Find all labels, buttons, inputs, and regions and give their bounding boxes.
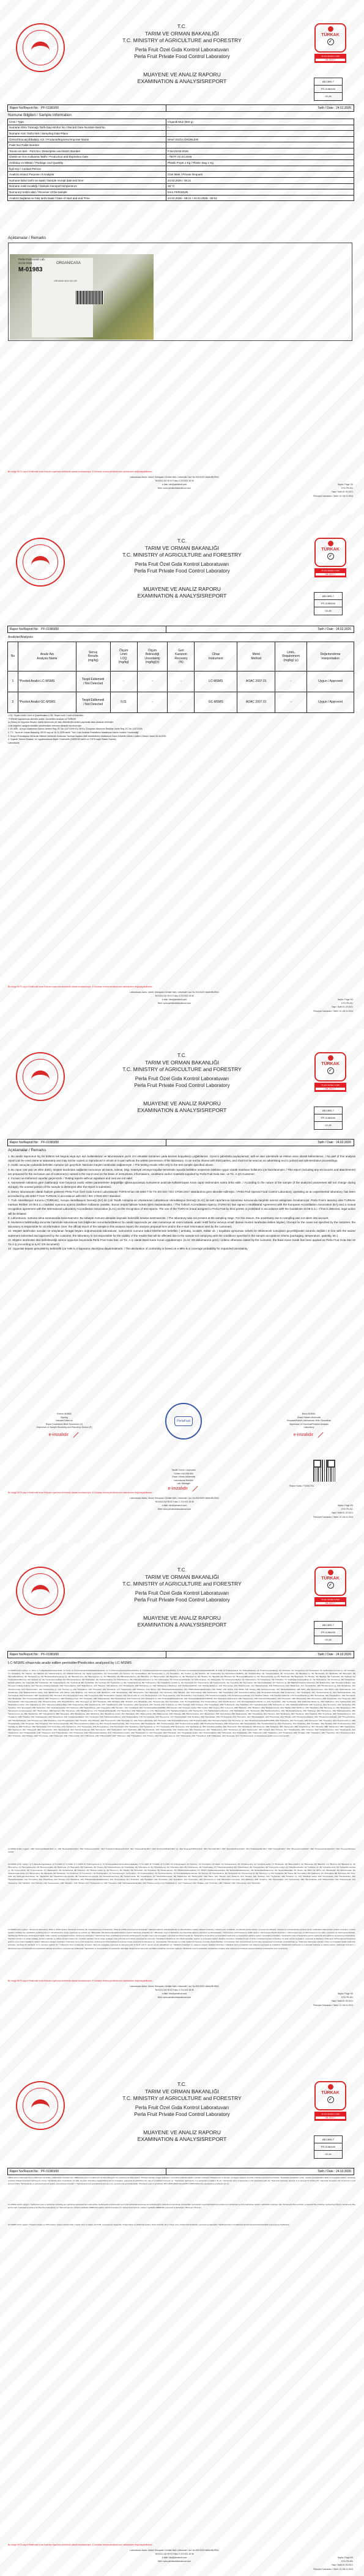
table-cell: 0,01	[110, 692, 137, 713]
table-cell: 2	[8, 692, 18, 713]
remark-item: 10. Müşteri tarafından sunulan ve onayla…	[8, 1229, 355, 1237]
pesticides-lcmsms-0001: LC-MSMS (0,001) mg/kg=> 448) *Avermectin…	[8, 1848, 355, 1854]
field-label: Cinsi / Type	[8, 119, 166, 125]
residue-definitions-lc0001: LC-MSMS (0,001) mg/kg=> *Carbofuran (sum…	[8, 2203, 355, 2209]
field-value: P.No:23.02.2026	[166, 148, 354, 154]
report-title-tr: MUAYENE VE ANALİZ RAPORU	[92, 71, 272, 78]
analyses-table: NoAnaliz Adı Analysis NameSonuç Results …	[7, 642, 354, 713]
barcode	[76, 291, 103, 304]
sample-info-table: Cinsi / TypeOrganik Muz (600 g)Numune Al…	[7, 119, 354, 201]
field-label: Numune kabul tarihi ve saati / Sample re…	[8, 177, 166, 183]
table-cell: *Pestisit Analizi GC-MSMS	[18, 692, 76, 713]
table-row: Üretim ve Son Kullanma Tarihi / Producti…	[8, 154, 354, 160]
ministry-tr: TARIM VE ORMAN BAKANLIĞI	[92, 31, 272, 38]
table-cell: AOAC 2007.01	[237, 692, 275, 713]
remark-item: 9. Musterinin belirtmedigi durumlar hari…	[8, 1220, 355, 1229]
column-header: Değerlendirme Interpretation	[307, 642, 354, 671]
page-footer: Bu belge 5070 sayılı Elektronik İmza Kan…	[0, 1491, 364, 1528]
column-header: Cihaz Instrument	[195, 642, 237, 671]
remark-item: 1. Bu analiz raporunun hiç bir bölümü te…	[8, 1154, 355, 1163]
remark-item: 7. Türk Akreditasyon Kurumu (TÜRKAK), Av…	[8, 1198, 355, 1216]
table-cell: AOAC 2007.01	[237, 671, 275, 692]
table-cell: Uygun / Approved	[307, 692, 354, 713]
table-row: Cinsi / TypeOrganik Muz (600 g)	[8, 119, 354, 125]
table-row: İlgili Kişi / Contact Person-	[8, 166, 354, 172]
field-label: Üretici/İhracatçı/İthalatçı Adı / Produc…	[8, 136, 166, 142]
field-value: - TETT: 02.03.2026	[166, 154, 354, 160]
check-icon: ✓	[327, 38, 334, 45]
table-cell: -	[275, 671, 307, 692]
field-label: Numune nakil sıcaklığı / Sample transpor…	[8, 183, 166, 189]
field-value: -	[166, 166, 354, 172]
e-signed-badge: e-imzalıdır	[141, 1487, 226, 1491]
report-header: T.C.TARIM VE ORMAN BAKANLIĞIT.C. MINISTR…	[0, 2058, 364, 2159]
table-cell: LC-MSMS	[195, 671, 237, 692]
page-footer: Bu belge 5070 sayılı Elektronik İmza Kan…	[0, 470, 364, 507]
check-icon: ✓	[327, 2096, 334, 2103]
sample-info-title: Numune Bilgileri / Sample Information	[8, 113, 72, 117]
table-cell: 1	[8, 671, 18, 692]
pen-icon	[73, 1432, 79, 1438]
tc-label: T.C.	[92, 23, 272, 31]
remark-item: 5. Numunenin tabiatına göre (saklandığı …	[8, 1180, 355, 1189]
remark-item: 2. Analiz sonuçları yukarıda belirtilen …	[8, 1163, 355, 1167]
table-row: Ambalajı ve Miktarı / Package and Quanti…	[8, 160, 354, 166]
field-label: Numuneyi teslim alan / Receiver of the s…	[8, 189, 166, 196]
report-number-bar: Rapor No/Report No: PF-01983/00 Tarih / …	[7, 2168, 354, 2175]
field-label: Tanımı ve Seri - Parti No / Description …	[8, 148, 166, 154]
pesticides-title: LC-MSMS cihazında analiz edilen pestisit…	[8, 1661, 132, 1665]
pesticides-gcmsms: GC-MSMS (0,01) mg/kg=> 1) *1,4Dimethylna…	[8, 1863, 355, 1885]
remark-item: 4. İmzasız ve mühürsüz raporlar geçersiz…	[8, 1176, 355, 1180]
column-header: Geri Kazanım Recovery (%)	[168, 642, 195, 671]
remark-item: 8. Laboratuvar, numune alma asamasında b…	[8, 1216, 355, 1220]
table-cell: Uygun / Approved	[307, 671, 354, 692]
ministry-en: T.C. MINISTRY of AGRICULTURE and FORESTR…	[92, 37, 272, 45]
qr-code[interactable]	[313, 1460, 335, 1482]
field-value: -	[166, 131, 354, 137]
page-footer: Bu belge 5070 sayılı Elektronik İmza Kan…	[0, 2544, 364, 2576]
ministry-seal-logo	[16, 1567, 65, 1615]
field-value: 24.02.2026 - 08:21 / 24.02.2026 - 09:52	[166, 195, 354, 201]
table-cell: Tespit Edilemedi / Not Detected	[76, 671, 110, 692]
table-cell: *Pestisit Analizi LC-MSMS	[18, 671, 76, 692]
lab-name-tr: Perla Fruit Özel Gıda Kontrol Laboratuva…	[92, 46, 272, 53]
report-number-bar: Rapor No/Report No: PF-01983/00 Tarih / …	[7, 626, 354, 633]
analyses-title: Analizler/Analyses	[8, 635, 33, 639]
remark-item: 6. Deney laboratuvarı olarak faaliyet gö…	[8, 1190, 355, 1198]
pen-icon	[318, 1432, 324, 1438]
field-label: Palet No/ Pallet Number	[8, 142, 166, 148]
table-row: Üretici/İhracatçı/İthalatçı Adı / Produc…	[8, 136, 354, 142]
report-title-en: EXAMINATION & ANALYSISREPORT	[92, 78, 272, 86]
ministry-seal-logo	[16, 1052, 65, 1101]
field-label: Analizin Amacı/ Purpose of Analysis	[8, 172, 166, 178]
table-row: Numune Alım Tarihi-Yeri / Sampling Date-…	[8, 131, 354, 137]
document-codes: AB-1694-TPF-01983/0002-26	[314, 1621, 343, 1644]
note-line: Laboratuvar	[8, 742, 357, 745]
table-row: Numune Alma Tutanağı Tarih-Sayı-Mühür No…	[8, 125, 354, 131]
analyses-notes: LOQ: Ölçüm Limiti / Limit of Quantificat…	[8, 714, 357, 745]
signature-left: Ecenur AKBAŞ Biyolog Numune Kabul ve Rap…	[18, 1413, 110, 1437]
remarks-list: 1. Bu analiz raporunun hiç bir bölümü te…	[8, 1154, 355, 1251]
field-value: Organik Muz (600 g)	[166, 119, 354, 125]
report-header: T.C.TARIM VE ORMAN BAKANLIĞIT.C. MINISTR…	[0, 514, 364, 615]
table-row: Analizin Amacı/ Purpose of AnalysisÖzel …	[8, 172, 354, 178]
field-label: Ambalajı ve Miktarı / Package and Quanti…	[8, 160, 166, 166]
remark-item: 12. Uygunluk beyanı genişletilmiş belirs…	[8, 1246, 355, 1251]
header-titles: T.C. TARIM VE ORMAN BAKANLIĞI T.C. MINIS…	[92, 23, 272, 85]
page-3: T.C.TARIM VE ORMAN BAKANLIĞIT.C. MINISTR…	[0, 1029, 364, 1543]
residue-definitions-cont: *Milbemectin (milbemycin A4 ve milbemyci…	[8, 2176, 355, 2186]
pesticides-lcmsms-001: LC-MSMS (0,01) mg/kg=> 1) 1NAA, 2) *1-Na…	[8, 1669, 355, 1738]
table-row: 1*Pestisit Analizi LC-MSMSTespit Edileme…	[8, 671, 354, 692]
field-label: Üretim ve Son Kullanma Tarihi / Producti…	[8, 154, 166, 160]
turkak-logo: TÜRKAK✓ TS EN ISO/IEC 17025AB-1694-T	[314, 538, 347, 577]
company-stamp: PerlaFruit	[165, 1403, 202, 1440]
turkak-logo: TÜRKAK✓ TS EN ISO/IEC 17025AB-1694-T	[314, 1052, 347, 1092]
turkak-logo: TÜRKAK✓ TS EN ISO/IEC 17025AB-1694-T	[314, 2081, 347, 2121]
report-header: T.C.TARIM VE ORMAN BAKANLIĞIT.C. MINISTR…	[0, 1029, 364, 1130]
field-value: 18 °C	[166, 183, 354, 189]
document-codes: AB-1694-TPF-01983/0002-26	[314, 592, 343, 615]
remarks-box: ORGANİCASA ORGANİK MUZ 600 GR. Perla Fru…	[8, 243, 352, 341]
check-icon: ✓	[327, 1582, 334, 1589]
column-header: Ölçüm Belirsizliği Uncertainty (mg/kg)(±…	[137, 642, 168, 671]
report-number-bar: Rapor No/Report No: PF-01983/00 Tarih / …	[7, 1139, 354, 1146]
signature-right: Burcu DÜMÜL Ziraat Yüksek Mühendisi Kimy…	[263, 1413, 355, 1437]
column-header: No	[8, 642, 18, 671]
page-4: T.C.TARIM VE ORMAN BAKANLIĞIT.C. MINISTR…	[0, 1543, 364, 2058]
table-cell: -	[275, 692, 307, 713]
report-number-bar: Rapor No/Report No: PF-01983/00 Tarih / …	[7, 104, 354, 112]
report-number-bar: Rapor No/Report No: PF-01983/00 Tarih / …	[7, 1651, 354, 1658]
remarks-list-title: Açıklamalar / Remarks	[8, 1148, 46, 1152]
e-signed-badge: e-imzalıdır	[263, 1433, 355, 1437]
table-cell: -	[137, 671, 168, 692]
page-1: T.C. TARIM VE ORMAN BAKANLIĞI T.C. MINIS…	[0, 0, 364, 514]
document-codes: AB-1694-TPF-01983/0002-26	[314, 1107, 343, 1130]
table-cell: Tespit Edilemedi / Not Detected	[76, 692, 110, 713]
lab-name-en: Perla Fruit Private Food Control Laborat…	[92, 53, 272, 60]
document-codes: AB-1694-TPF-01983/0002-26	[314, 78, 343, 101]
column-header: Ölçüm Limiti LOQ (mg/kg)	[110, 642, 137, 671]
column-header: Metot Method	[237, 642, 275, 671]
field-value: MAKİ DOĞA ÜRÜNLERİ	[166, 136, 354, 142]
sample-photo: ORGANİCASA ORGANİK MUZ 600 GR. Perla Fru…	[10, 254, 154, 340]
column-header: Limit₄ Requirement (mg/kg) (≤)	[275, 642, 307, 671]
check-icon: ✓	[327, 1067, 334, 1074]
ministry-seal-logo	[16, 2081, 65, 2130]
field-value: 24.02.2026 / 08:21	[166, 177, 354, 183]
e-signed-badge: e-imzalıdır	[18, 1433, 110, 1437]
table-row: Tanımı ve Seri - Parti No / Description …	[8, 148, 354, 154]
ministry-seal-logo	[16, 538, 65, 587]
field-label: İlgili Kişi / Contact Person	[8, 166, 166, 172]
table-row: 2*Pestisit Analizi GC-MSMSTespit Edileme…	[8, 692, 354, 713]
check-icon: ✓	[327, 553, 334, 560]
ministry-seal-logo	[16, 23, 65, 72]
pen-icon	[193, 1486, 198, 1491]
field-label: Numune Alım Tarihi-Yeri / Sampling Date-…	[8, 131, 166, 137]
turkak-logo: TÜRKAK✓ TS EN ISO/IEC 17025AB-1694-T	[314, 1567, 347, 1606]
field-value: Plastik Poşet 1 Kg / Plastic Bag 1 Kg	[166, 160, 354, 166]
table-cell: -	[168, 671, 195, 692]
remark-item: 11. Müşteri tarafından aksi belirtilmedi…	[8, 1238, 355, 1246]
report-header: T.C. TARIM VE ORMAN BAKANLIĞI T.C. MINIS…	[0, 0, 364, 101]
turkak-logo: TÜRKAK✓ TS EN ISO/IEC 17025AB-1694-T	[314, 23, 347, 63]
table-row: Palet No/ Pallet Number-	[8, 142, 354, 148]
table-cell: GC-MSMS	[195, 692, 237, 713]
residue-definitions-gc: GC-MSMS (0,01) mg/kg=> *Captan (Captan v…	[8, 2223, 355, 2227]
residue-definitions: LC-MSMS (0,01) mg/kg=> *Flonicamid (flon…	[8, 1928, 355, 1950]
remark-item: 3. Bu rapor (üst yazı ve ekler dahil), m…	[8, 1168, 355, 1176]
field-label: Analizin başlama ve bitiş tarihi-Saati /…	[8, 195, 166, 201]
report-header: T.C.TARIM VE ORMAN BAKANLIĞIT.C. MINISTR…	[0, 1543, 364, 1644]
table-row: Numune kabul tarihi ve saati / Sample re…	[8, 177, 354, 183]
remarks-title: Açıklamalar / Remarks	[8, 236, 46, 240]
table-row: Numuneyi teslim alan / Receiver of the s…	[8, 189, 354, 196]
field-value: Özel İstek / Private Request	[166, 172, 354, 178]
page-2: T.C.TARIM VE ORMAN BAKANLIĞIT.C. MINISTR…	[0, 514, 364, 1029]
table-row: Analizin başlama ve bitiş tarihi-Saati /…	[8, 195, 354, 201]
signature-center: Tasdik Olunur / Approved Gülden HAZARHUN…	[141, 1469, 226, 1491]
report-code: Rapor Kodu: FD161701	[289, 1485, 314, 1487]
table-cell: -	[137, 692, 168, 713]
field-value: -	[166, 142, 354, 148]
column-header: Sonuç Results (mg/kg)	[76, 642, 110, 671]
table-row: Numune nakil sıcaklığı / Sample transpor…	[8, 183, 354, 189]
page-footer: Bu belge 5070 sayılı Elektronik İmza Kan…	[0, 986, 364, 1022]
table-cell: -	[168, 692, 195, 713]
field-value: / -	[166, 125, 354, 131]
page-5: T.C.TARIM VE ORMAN BAKANLIĞIT.C. MINISTR…	[0, 2058, 364, 2576]
field-value: Esra FERUDUN	[166, 189, 354, 196]
column-header: Analiz Adı Analysis Name	[18, 642, 76, 671]
table-cell: -	[110, 671, 137, 692]
field-label: Numune Alma Tutanağı Tarih-Sayı-Mühür No…	[8, 125, 166, 131]
page-footer: Bu belge 5070 sayılı Elektronik İmza Kan…	[0, 1980, 364, 2016]
document-codes: AB-1694-TPF-01983/0002-26	[314, 2135, 343, 2159]
